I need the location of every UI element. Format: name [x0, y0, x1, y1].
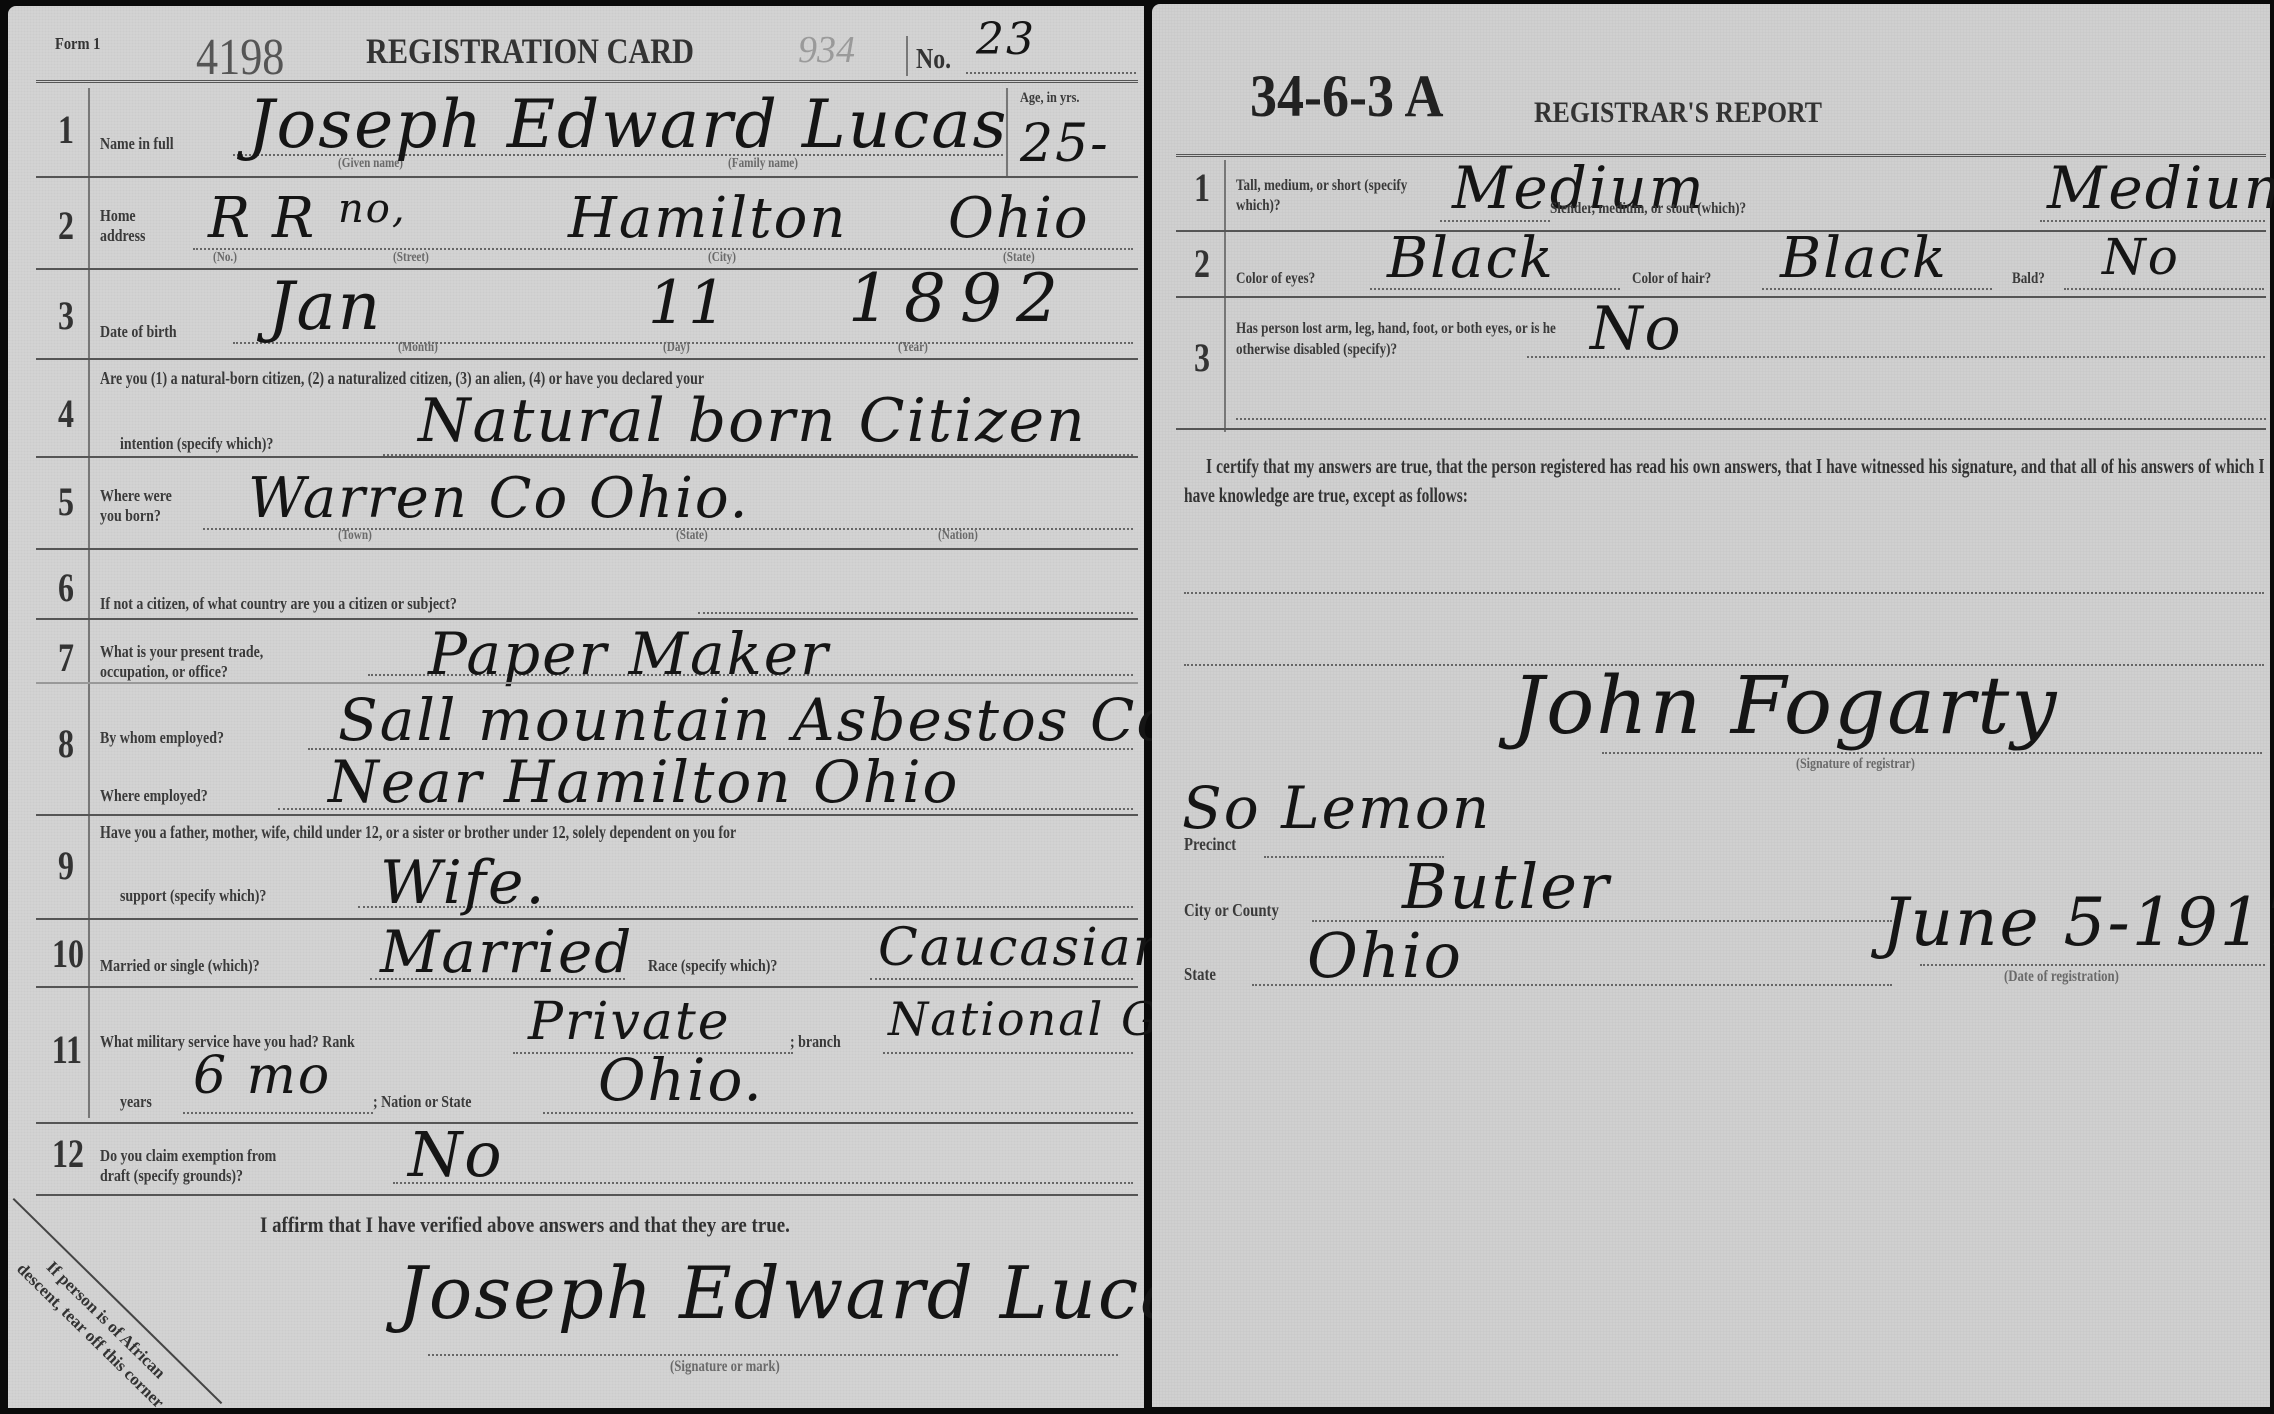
row-number: 9: [58, 842, 74, 889]
field-label: Do you claim exemption from draft (speci…: [100, 1146, 289, 1186]
citizenship-value: Natural born Citizen: [418, 386, 1087, 456]
exemption-value: No: [408, 1118, 504, 1191]
birth-day: 11: [648, 268, 728, 338]
registrar-signature-label: (Signature of registrar): [1796, 756, 1915, 773]
field-label: intention (specify which)?: [120, 434, 273, 454]
field-label: Color of hair?: [1632, 270, 1711, 288]
row-number: 5: [58, 478, 74, 525]
rank-value: Private: [528, 992, 731, 1052]
field-label: Have you a father, mother, wife, child u…: [100, 822, 736, 843]
tear-corner-note: If person is of African descent, tear of…: [11, 1242, 184, 1414]
sublabel: (Month): [398, 340, 438, 356]
birth-month: Jan: [268, 268, 382, 345]
age-divider: [1006, 88, 1008, 176]
build-value: Medium: [2047, 154, 2274, 222]
field-label: Home address: [100, 206, 166, 246]
card-title: REGISTRATION CARD: [366, 30, 694, 72]
field-label: Has person lost arm, leg, hand, foot, or…: [1236, 318, 1564, 360]
field-label: Where were you born?: [100, 486, 190, 526]
header-divider: [906, 36, 908, 76]
form-label: Form 1: [55, 34, 100, 54]
nation-value: Ohio.: [598, 1046, 764, 1114]
eye-color-value: Black: [1387, 226, 1555, 291]
row-number: 4: [58, 390, 74, 437]
field-label: Married or single (which)?: [100, 956, 260, 976]
bald-value: No: [2102, 228, 2180, 286]
address-state: Ohio: [948, 186, 1090, 251]
county-value: Butler: [1402, 850, 1611, 923]
race-value: Caucasian: [878, 918, 1168, 978]
field-label: Slender, medium, or stout (which)?: [1550, 200, 1746, 218]
field-label: If not a citizen, of what country are yo…: [100, 594, 457, 614]
registration-date-value: June 5-1917: [1882, 884, 2274, 961]
address-city: Hamilton: [568, 186, 847, 251]
registrant-signature: Joseph Edward Lucas: [398, 1251, 1224, 1335]
number-column-divider: [88, 88, 90, 1118]
header-rule: [36, 80, 1138, 83]
faint-stamp: 934: [798, 28, 855, 72]
row-number: 1: [1194, 164, 1210, 211]
state-label: State: [1184, 964, 1216, 985]
marital-status-value: Married: [380, 918, 633, 986]
field-label: Where employed?: [100, 786, 208, 806]
birthplace-value: Warren Co Ohio.: [248, 466, 749, 531]
occupation-value: Paper Maker: [428, 620, 830, 688]
sublabel: (Nation): [938, 528, 978, 544]
precinct-value: So Lemon: [1182, 774, 1491, 842]
row-number: 11: [52, 1026, 82, 1073]
registrars-report-card: 34-6-3 A REGISTRAR'S REPORT 1 Tall, medi…: [1152, 4, 2270, 1407]
field-label: Date of birth: [100, 322, 177, 342]
number-value: 23: [976, 14, 1036, 65]
signature-label: (Signature or mark): [670, 1358, 780, 1376]
field-label: years: [120, 1092, 152, 1112]
row-number: 2: [58, 202, 74, 249]
number-label: No.: [916, 44, 951, 76]
sublabel: (Year): [898, 340, 928, 356]
field-label: What is your present trade, occupation, …: [100, 642, 280, 682]
birth-year: 1892: [848, 260, 1072, 337]
field-label: By whom employed?: [100, 728, 224, 748]
hair-color-value: Black: [1780, 226, 1948, 291]
row-number: 7: [58, 634, 74, 681]
date-label: (Date of registration): [2004, 968, 2119, 986]
row-number: 8: [58, 720, 74, 767]
employer-value: Sall mountain Asbestos Co: [338, 686, 1173, 754]
county-label: City or County: [1184, 900, 1279, 921]
sublabel: (No.): [213, 250, 237, 266]
sublabel: (Street): [393, 250, 429, 266]
row-number: 1: [58, 106, 74, 153]
certification-text: I certify that my answers are true, that…: [1184, 452, 2264, 510]
field-label: ; Nation or State: [373, 1092, 471, 1112]
age-label: Age, in yrs.: [1020, 90, 1079, 107]
serial-stamp: 4198: [196, 28, 284, 87]
field-label: ; branch: [790, 1032, 841, 1052]
sublabel: (Day): [663, 340, 690, 356]
row-number: 2: [1194, 240, 1210, 287]
dependents-value: Wife.: [380, 848, 547, 918]
sublabel: (City): [708, 250, 736, 266]
row-number: 3: [1194, 334, 1210, 381]
state-value: Ohio: [1307, 919, 1463, 992]
name-value: Joseph Edward Lucas: [248, 86, 1008, 163]
address-no: R R: [208, 186, 316, 251]
address-street: no,: [338, 186, 407, 232]
years-value: 6 mo: [193, 1046, 331, 1106]
field-label: Tall, medium, or short (specify which)?: [1236, 176, 1408, 216]
employment-place-value: Near Hamilton Ohio: [328, 748, 959, 816]
row-number: 3: [58, 292, 74, 339]
row-number: 12: [52, 1130, 84, 1177]
registrar-signature: John Fogarty: [1512, 659, 2059, 752]
affirmation-text: I affirm that I have verified above answ…: [260, 1212, 790, 1238]
row-number: 10: [52, 930, 84, 977]
report-stamp: 34-6-3 A: [1250, 62, 1443, 131]
field-label: Name in full: [100, 134, 174, 154]
registration-card: Form 1 4198 REGISTRATION CARD 934 No. 23…: [8, 6, 1144, 1408]
field-label: support (specify which)?: [120, 886, 266, 906]
report-title: REGISTRAR'S REPORT: [1534, 96, 1822, 130]
field-label: Race (specify which)?: [648, 956, 777, 976]
field-label: Color of eyes?: [1236, 270, 1315, 288]
field-label: Bald?: [2012, 270, 2045, 288]
age-value: 25-: [1020, 114, 1110, 174]
row-number: 6: [58, 564, 74, 611]
disability-value: No: [1590, 294, 1683, 364]
